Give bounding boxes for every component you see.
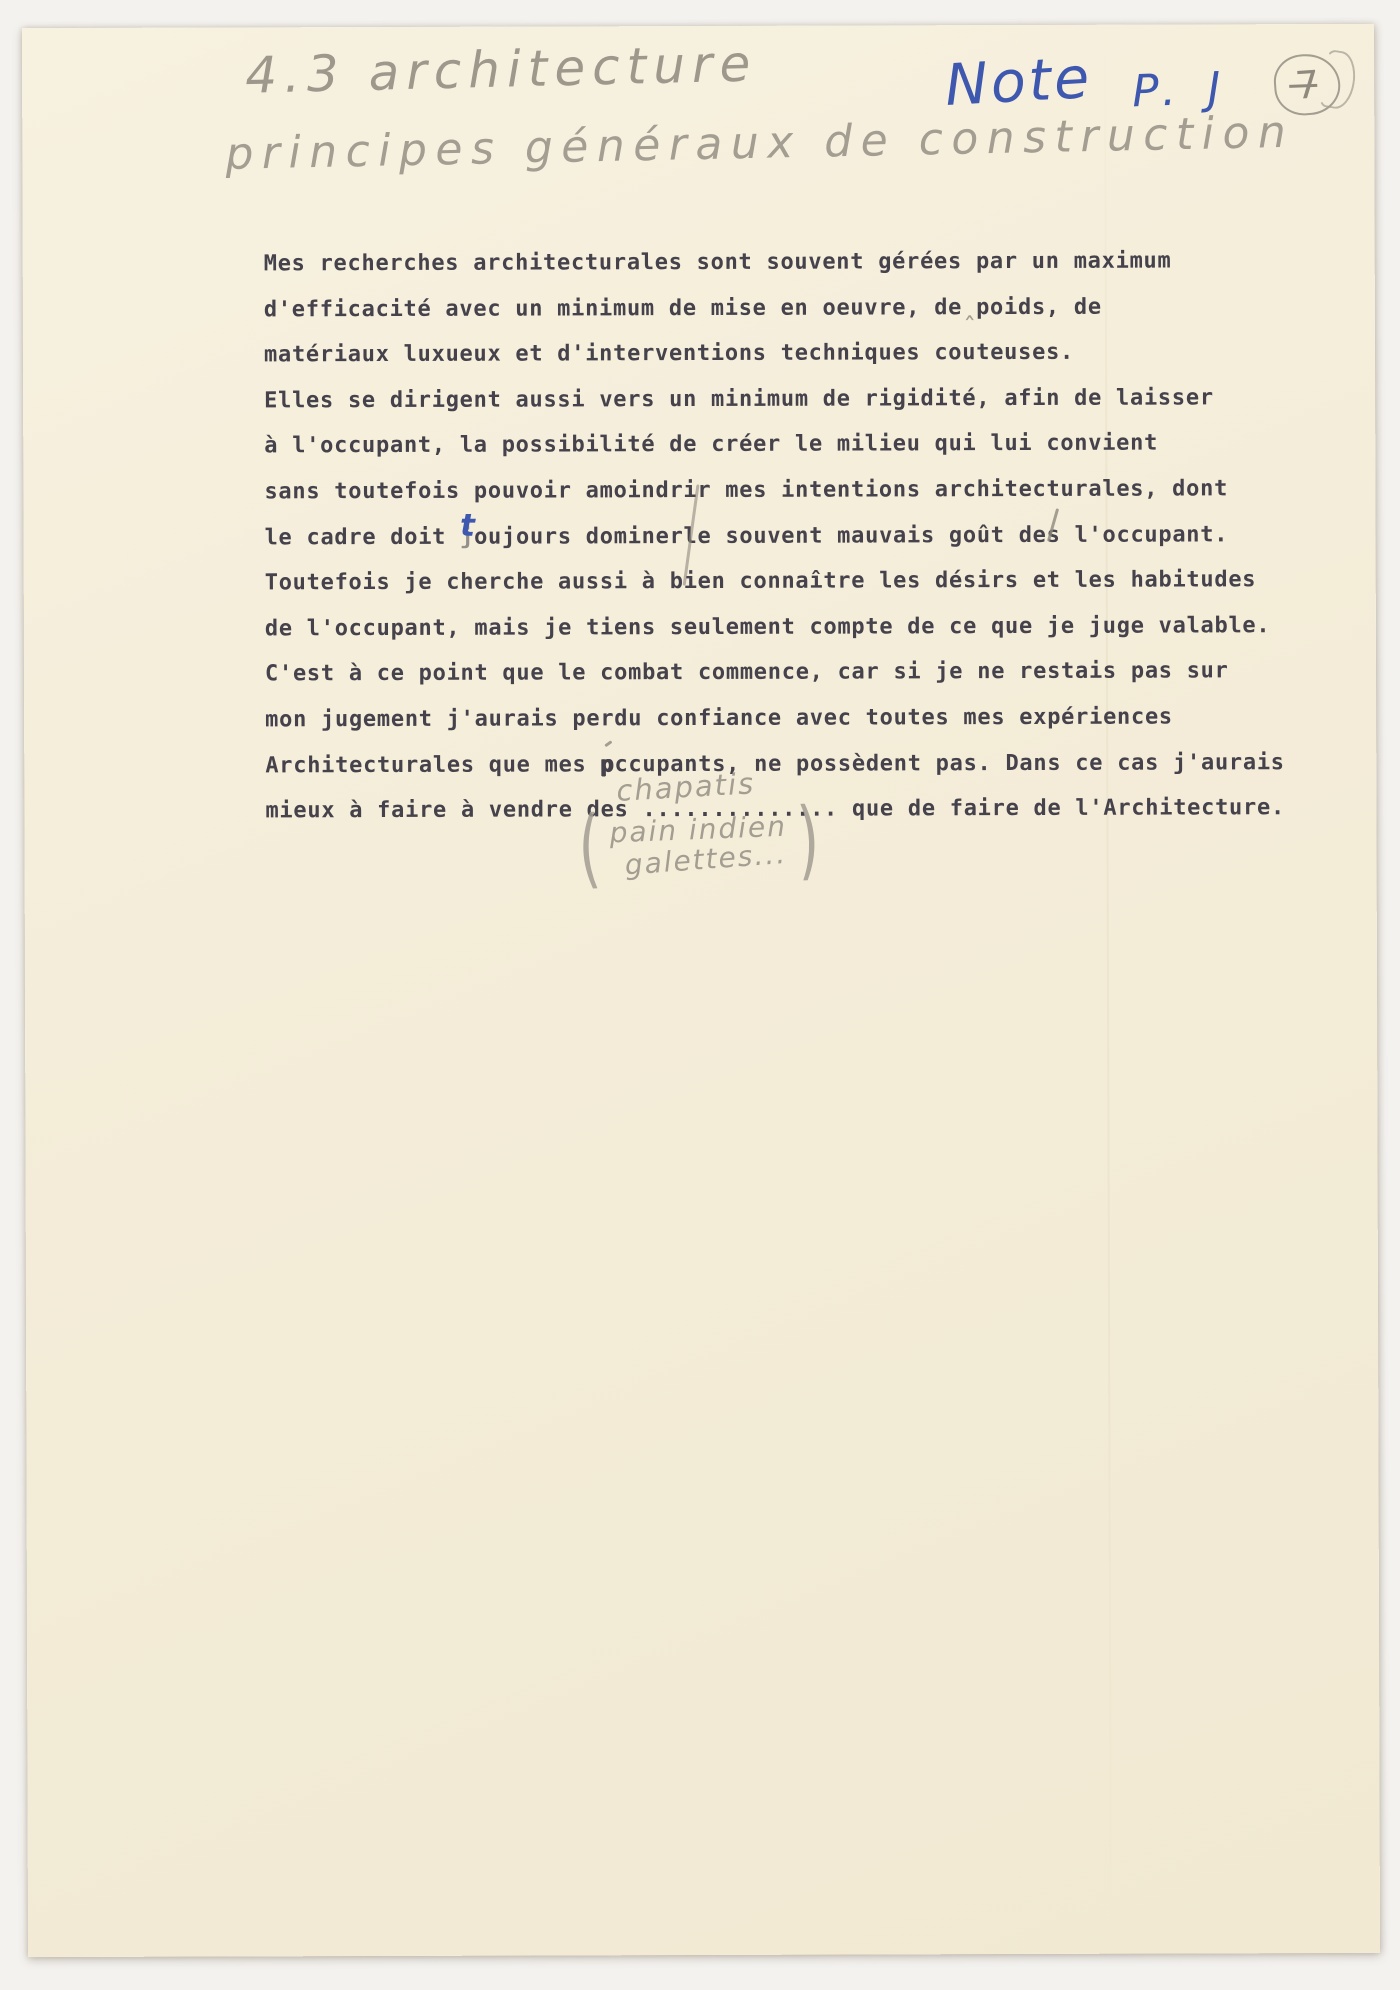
handwritten-note-label: Note <box>944 47 1094 118</box>
typed-text: Toutefois je cherche aussi à bien connaî… <box>265 567 1257 595</box>
scan-background: 4.3 architecture principes généraux de c… <box>0 0 1400 1990</box>
circled-page-number: 7 <box>1272 52 1342 118</box>
typed-line: sans toutefois pouvoir amoindrir mes int… <box>264 466 1284 515</box>
letter-with-circumflex: uˆ <box>962 330 976 376</box>
typed-text: Architecturales que mes <box>265 752 600 778</box>
typed-text: l'occupant. <box>1061 522 1229 548</box>
scan-canvas: { "colors": { "backdrop": "#f4f2ef", "pa… <box>0 0 1400 1990</box>
typed-text: sans toutefois pouvoir amoindrir mes int… <box>264 476 1228 504</box>
typed-text: matériaux luxueux et d'interventions tec… <box>264 340 962 367</box>
typed-text: Elles se dirigent aussi vers un minimum … <box>264 385 1214 413</box>
typed-line: à l'occupant, la possibilité de créer le… <box>264 421 1284 470</box>
typed-line: Toutefois je cherche aussi à bien connaî… <box>265 557 1285 606</box>
typed-line: mon jugement j'aurais perdu confiance av… <box>265 694 1285 743</box>
handwritten-section-number: 4.3 architecture <box>245 36 758 103</box>
corrected-letter: jt <box>460 514 474 560</box>
handwritten-subtitle: principes généraux de construction <box>225 109 1295 179</box>
typed-text: le cadre doit <box>265 524 461 550</box>
typed-line: d'efficacité avec un minimum de mise en … <box>264 284 1284 333</box>
parenthetical-lines: pain indien galettes... <box>609 811 789 878</box>
typed-line: de l'occupant, mais je tiens seulement c… <box>265 603 1285 652</box>
typed-line: Elles se dirigent aussi vers un minimum … <box>264 375 1284 424</box>
typed-line: le cadre doit jtoujours dominerle souven… <box>265 512 1285 561</box>
typed-text-block: Mes recherches architecturales sont souv… <box>264 238 1285 834</box>
typed-line: C'est à ce point que le combat commence,… <box>265 649 1285 698</box>
typed-text: de l'occupant, mais je tiens seulement c… <box>265 613 1271 641</box>
typed-text: oujours dominerle souvent mauvais goût d… <box>474 522 1047 549</box>
paper-sheet: 4.3 architecture principes généraux de c… <box>22 24 1380 1957</box>
typed-letter: u <box>962 340 976 365</box>
typed-line: matériaux luxueux et d'interventions tec… <box>264 329 1284 378</box>
handwritten-initials: P. J <box>1131 65 1230 117</box>
typed-line: Mes recherches architecturales sont souv… <box>264 238 1284 287</box>
handwritten-parenthetical-note: ( pain indien galettes... ) <box>571 801 826 888</box>
typed-line: Architecturales que mes pccupants, ne po… <box>265 740 1285 789</box>
typed-text: que de faire de l'Architecture. <box>838 795 1285 821</box>
close-paren: ) <box>796 801 821 879</box>
struck-letter: s <box>1047 512 1061 558</box>
typed-text: à l'occupant, la possibilité de créer le… <box>264 431 1158 459</box>
typed-text: teuses. <box>976 340 1074 365</box>
typed-text: C'est à ce point que le combat commence,… <box>265 659 1229 687</box>
typed-text: mon jugement j'aurais perdu confiance av… <box>265 704 1173 732</box>
typed-text: Mes recherches architecturales sont souv… <box>264 249 1172 277</box>
handwritten-circumflex-mark: ˆ <box>963 315 976 341</box>
overtyped-letter: p <box>600 752 614 777</box>
open-paren: ( <box>577 810 602 888</box>
blue-ink-t-correction: t <box>460 507 475 544</box>
page-number-digit: 7 <box>1294 65 1321 105</box>
